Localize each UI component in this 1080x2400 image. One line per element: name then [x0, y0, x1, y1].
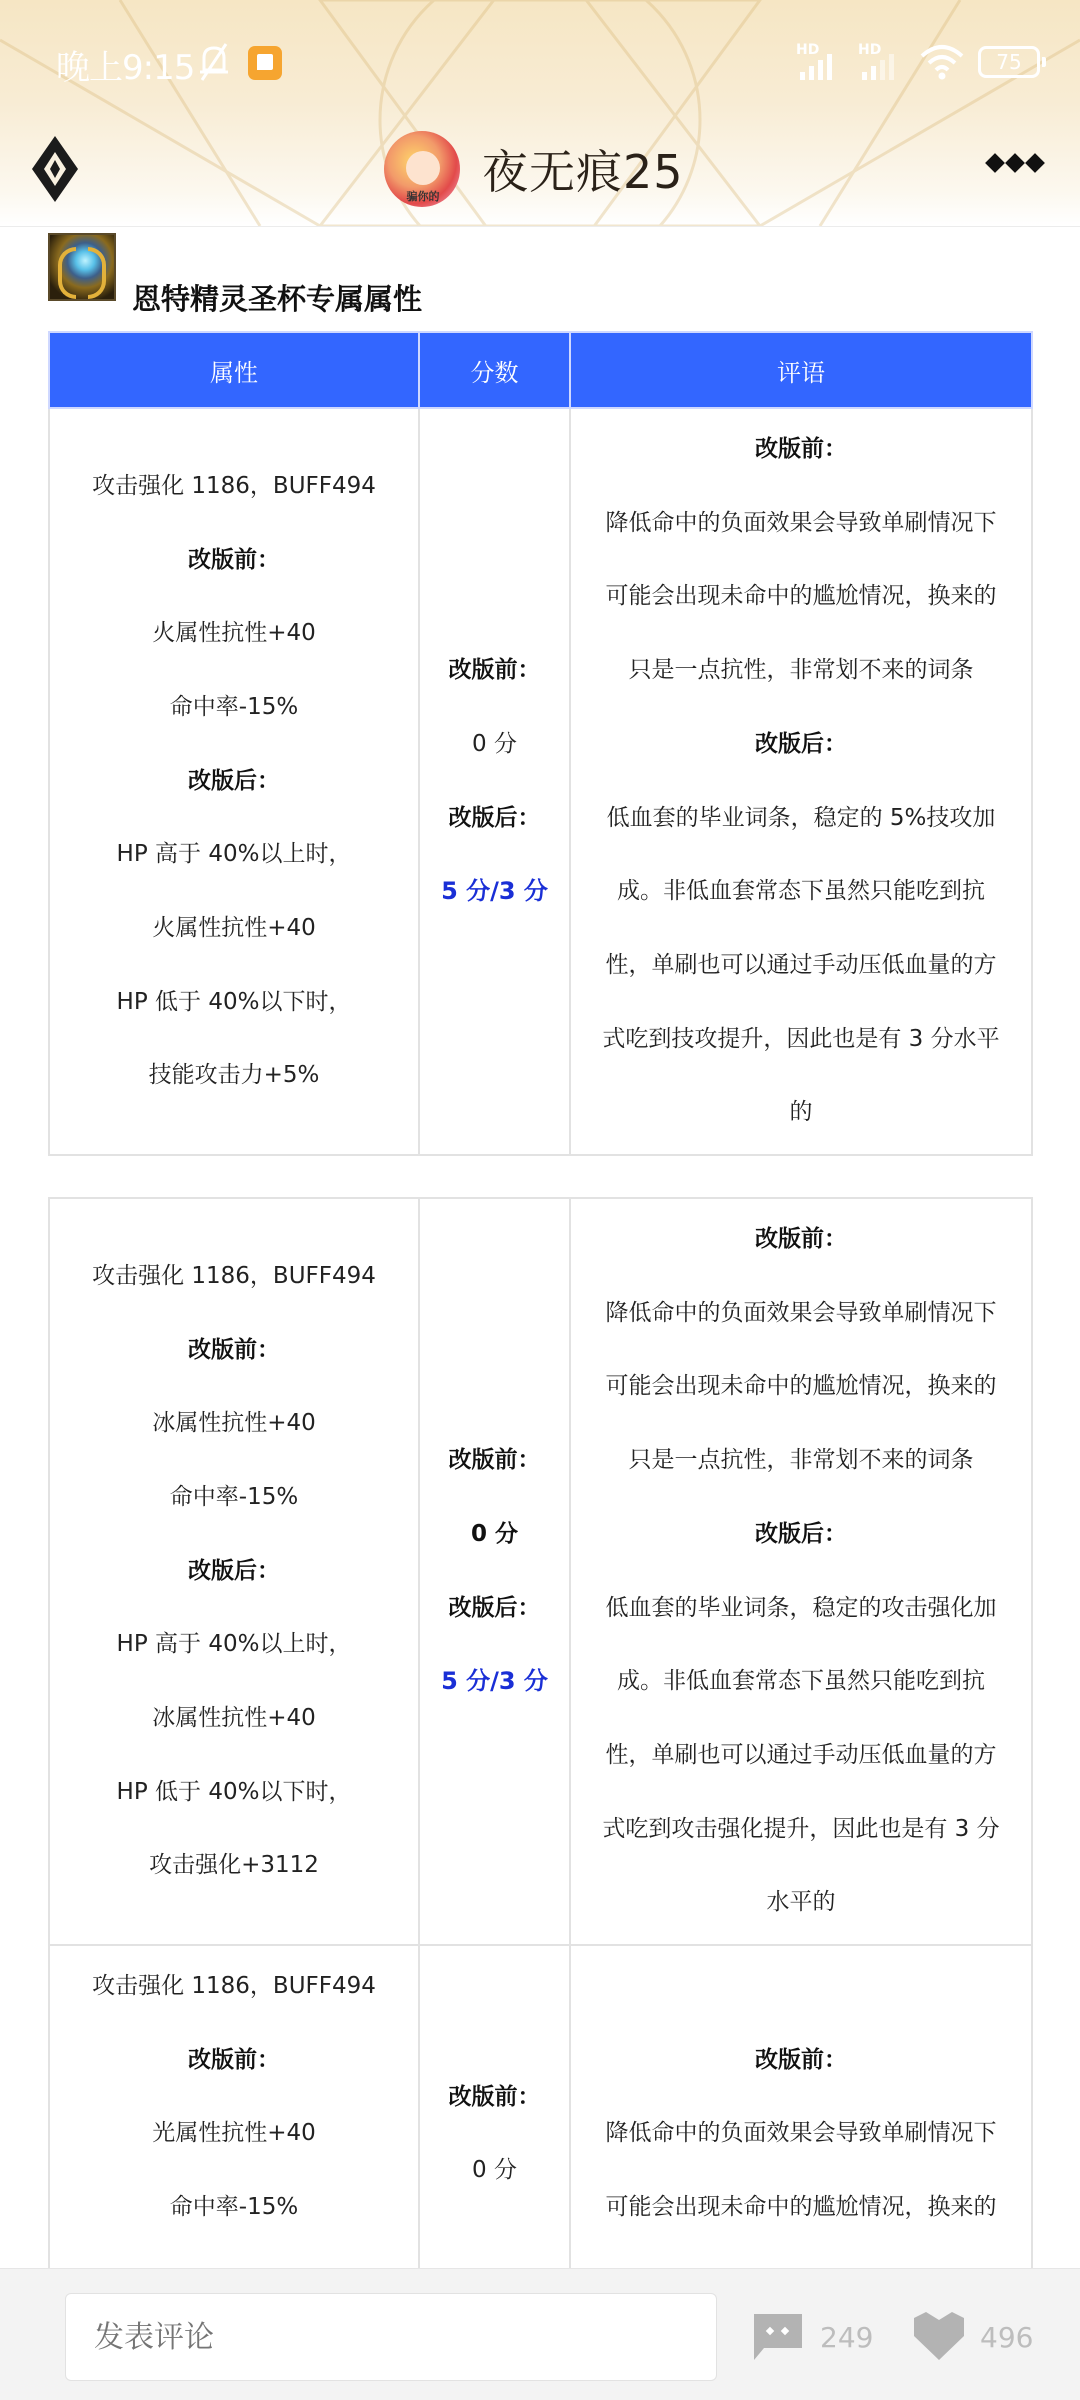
score-cell: 改版前：0 分改版后：5 分/3 分: [419, 408, 570, 1155]
comment-cell: 改版前：降低命中的负面效果会导致单刷情况下可能会出现未命中的尴尬情况，换来的只是…: [570, 1198, 1032, 1945]
cell-text: 只是一点抗性，非常划不来的词条: [581, 1424, 1021, 1498]
cell-text: 改版前：: [581, 413, 1021, 487]
column-header-score: 分数: [419, 332, 570, 408]
cell-text: 冰属性抗性+40: [60, 1387, 408, 1461]
cell-text: 改版后：: [581, 708, 1021, 782]
attribute-table-2: 攻击强化 1186，BUFF494改版前：冰属性抗性+40命中率-15%改版后：…: [48, 1197, 1033, 2268]
table-row: 攻击强化 1186，BUFF494改版前：火属性抗性+40命中率-15%改版后：…: [49, 408, 1032, 1155]
like-button[interactable]: 496: [912, 2307, 1033, 2367]
comments-button[interactable]: 249: [752, 2307, 873, 2367]
cell-text: 攻击强化 1186，BUFF494: [60, 1950, 408, 2024]
cell-text: 0 分: [430, 1498, 559, 1572]
score-value: 5 分/3 分: [430, 1645, 559, 1719]
score-cell: 改版前：0 分: [419, 1945, 570, 2268]
cell-text: 命中率-15%: [60, 2171, 408, 2245]
cell-text: 可能会出现未命中的尴尬情况，换来的: [581, 1350, 1021, 1424]
cell-text: HP 低于 40%以下时，: [60, 966, 408, 1040]
cell-text: 冰属性抗性+40: [60, 1682, 408, 1756]
table-header-row: 属性 分数 评语: [49, 332, 1032, 408]
cell-text: 改版前：: [430, 634, 559, 708]
table-row: 攻击强化 1186，BUFF494改版前：光属性抗性+40命中率-15%改版后：…: [49, 1945, 1032, 2268]
avatar-face: [406, 151, 440, 185]
like-count: 496: [980, 2321, 1033, 2354]
cell-text: 只是一点抗性，非常划不来的词条: [581, 634, 1021, 708]
attribute-cell: 攻击强化 1186，BUFF494改版前：冰属性抗性+40命中率-15%改版后：…: [49, 1198, 419, 1945]
cell-text: 改版后：: [430, 1572, 559, 1646]
cell-text: 光属性抗性+40: [60, 2097, 408, 2171]
back-diamond-icon[interactable]: [30, 134, 80, 204]
cell-text: 成。非低血套常态下虽然只能吃到抗: [581, 1645, 1021, 1719]
comment-input[interactable]: [65, 2293, 717, 2381]
signal-2-icon: HD: [858, 42, 906, 82]
cell-text: 改版前：: [60, 2024, 408, 2098]
cell-text: 可能会出现未命中的尴尬情况，换来的: [581, 560, 1021, 634]
column-header-comment: 评语: [570, 332, 1032, 408]
cell-text: 性，单刷也可以通过手动压低血量的方: [581, 1719, 1021, 1793]
column-header-attribute: 属性: [49, 332, 419, 408]
score-cell: 改版前：0 分改版后：5 分/3 分: [419, 1198, 570, 1945]
cell-text: 降低命中的负面效果会导致单刷情况下: [581, 487, 1021, 561]
cell-text: 0 分: [430, 708, 559, 782]
app-notification-icon: [248, 46, 282, 80]
attribute-cell: 攻击强化 1186，BUFF494改版前：火属性抗性+40命中率-15%改版后：…: [49, 408, 419, 1155]
holy-grail-item-icon: [48, 233, 116, 301]
bell-muted-icon: [196, 42, 232, 82]
author-name[interactable]: 夜无痕25: [482, 136, 684, 202]
cell-text: 性，单刷也可以通过手动压低血量的方: [581, 929, 1021, 1003]
cell-text: 降低命中的负面效果会导致单刷情况下: [581, 1277, 1021, 1351]
cell-text: 命中率-15%: [60, 671, 408, 745]
cell-text: 改版前：: [430, 2061, 559, 2135]
cell-text: 攻击强化 1186，BUFF494: [60, 450, 408, 524]
comment-bubble-icon: [752, 2312, 806, 2362]
cell-text: 改版后：: [60, 1535, 408, 1609]
article-content: 恩特精灵圣杯专属属性 属性 分数 评语 攻击强化 1186，BUFF494改版前…: [0, 226, 1080, 2268]
cell-text: 式吃到攻击强化提升，因此也是有 3 分: [581, 1793, 1021, 1867]
cell-text: 低血套的毕业词条，稳定的 5%技攻加: [581, 782, 1021, 856]
cell-text: 0 分: [430, 2134, 559, 2208]
attribute-cell: 攻击强化 1186，BUFF494改版前：光属性抗性+40命中率-15%改版后：: [49, 1945, 419, 2268]
cell-text: 改版后：: [60, 2245, 408, 2268]
cell-text: 改版前：: [581, 1203, 1021, 1277]
cell-text: 改版前：: [581, 2024, 1021, 2098]
cell-text: 改版前：: [60, 524, 408, 598]
section-title: 恩特精灵圣杯专属属性: [132, 277, 422, 318]
cell-text: 技能攻击力+5%: [60, 1039, 408, 1113]
avatar-caption: 骗你的: [388, 188, 458, 204]
signal-1-icon: HD: [796, 42, 844, 82]
table-row: 攻击强化 1186，BUFF494改版前：冰属性抗性+40命中率-15%改版后：…: [49, 1198, 1032, 1945]
status-indicators: HD HD 75: [796, 42, 1040, 82]
comment-count: 249: [820, 2321, 873, 2354]
cell-text: 的: [581, 1076, 1021, 1150]
cell-text: 命中率-15%: [60, 1461, 408, 1535]
attribute-table-1: 属性 分数 评语 攻击强化 1186，BUFF494改版前：火属性抗性+40命中…: [48, 331, 1033, 1156]
comment-cell: 改版前：降低命中的负面效果会导致单刷情况下可能会出现未命中的尴尬情况，换来的: [570, 1945, 1032, 2268]
score-value: 5 分/3 分: [430, 855, 559, 929]
cell-text: 改版后：: [581, 1498, 1021, 1572]
top-header: 晚上9:15 HD HD 75: [0, 0, 1080, 226]
cell-text: HP 高于 40%以上时，: [60, 1608, 408, 1682]
cell-text: HP 高于 40%以上时，: [60, 818, 408, 892]
cell-text: 成。非低血套常态下虽然只能吃到抗: [581, 855, 1021, 929]
heart-icon: [912, 2312, 966, 2362]
cell-text: 攻击强化 1186，BUFF494: [60, 1240, 408, 1314]
cell-text: 水平的: [581, 1866, 1021, 1940]
nav-bar: 夜无痕25 骗你的: [0, 118, 1080, 222]
cell-text: 改版前：: [430, 1424, 559, 1498]
cell-text: 攻击强化+3112: [60, 1829, 408, 1903]
cell-text: 低血套的毕业词条，稳定的攻击强化加: [581, 1572, 1021, 1646]
more-dots-icon[interactable]: [988, 156, 1042, 170]
cell-text: 改版后：: [60, 745, 408, 819]
cell-text: 可能会出现未命中的尴尬情况，换来的: [581, 2171, 1021, 2245]
battery-indicator: 75: [978, 46, 1040, 78]
cell-text: 改版前：: [60, 1314, 408, 1388]
bottom-action-bar: 249 496: [0, 2268, 1080, 2400]
wifi-icon: [920, 42, 964, 82]
status-bar: 晚上9:15 HD HD 75: [0, 30, 1080, 94]
cell-text: 式吃到技攻提升，因此也是有 3 分水平: [581, 1003, 1021, 1077]
status-time: 晚上9:15: [56, 40, 194, 89]
cell-text: 火属性抗性+40: [60, 892, 408, 966]
cell-text: 火属性抗性+40: [60, 597, 408, 671]
cell-text: HP 低于 40%以下时，: [60, 1756, 408, 1830]
comment-cell: 改版前：降低命中的负面效果会导致单刷情况下可能会出现未命中的尴尬情况，换来的只是…: [570, 408, 1032, 1155]
cell-text: 改版后：: [430, 782, 559, 856]
cell-text: 降低命中的负面效果会导致单刷情况下: [581, 2097, 1021, 2171]
